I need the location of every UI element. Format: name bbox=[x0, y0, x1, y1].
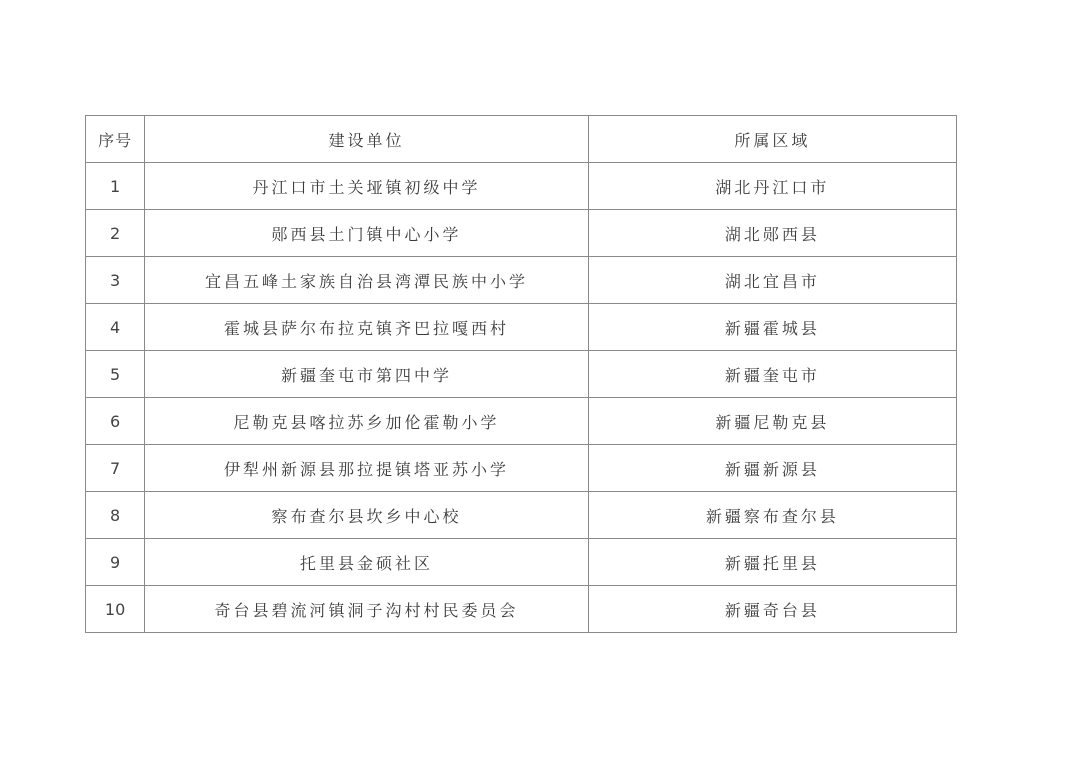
row-region: 新疆尼勒克县 bbox=[588, 398, 956, 445]
row-region: 新疆托里县 bbox=[588, 539, 956, 586]
row-region: 湖北宜昌市 bbox=[588, 257, 956, 304]
header-unit: 建设单位 bbox=[145, 116, 589, 163]
table-header-row: 序号 建设单位 所属区域 bbox=[86, 116, 957, 163]
table-row: 9 托里县金硕社区 新疆托里县 bbox=[86, 539, 957, 586]
table-row: 2 郧西县土门镇中心小学 湖北郧西县 bbox=[86, 210, 957, 257]
row-unit: 宜昌五峰土家族自治县湾潭民族中小学 bbox=[145, 257, 589, 304]
row-region: 新疆奇台县 bbox=[588, 586, 956, 633]
table-row: 4 霍城县萨尔布拉克镇齐巴拉嘎西村 新疆霍城县 bbox=[86, 304, 957, 351]
row-unit: 托里县金硕社区 bbox=[145, 539, 589, 586]
table-row: 7 伊犁州新源县那拉提镇塔亚苏小学 新疆新源县 bbox=[86, 445, 957, 492]
table-row: 10 奇台县碧流河镇洞子沟村村民委员会 新疆奇台县 bbox=[86, 586, 957, 633]
row-region: 湖北丹江口市 bbox=[588, 163, 956, 210]
row-region: 新疆霍城县 bbox=[588, 304, 956, 351]
row-index: 9 bbox=[86, 539, 145, 586]
header-index: 序号 bbox=[86, 116, 145, 163]
row-unit: 奇台县碧流河镇洞子沟村村民委员会 bbox=[145, 586, 589, 633]
row-index: 7 bbox=[86, 445, 145, 492]
table-row: 5 新疆奎屯市第四中学 新疆奎屯市 bbox=[86, 351, 957, 398]
row-index: 10 bbox=[86, 586, 145, 633]
row-unit: 察布查尔县坎乡中心校 bbox=[145, 492, 589, 539]
row-index: 6 bbox=[86, 398, 145, 445]
row-region: 新疆察布查尔县 bbox=[588, 492, 956, 539]
row-unit: 霍城县萨尔布拉克镇齐巴拉嘎西村 bbox=[145, 304, 589, 351]
row-index: 2 bbox=[86, 210, 145, 257]
table-row: 8 察布查尔县坎乡中心校 新疆察布查尔县 bbox=[86, 492, 957, 539]
row-unit: 丹江口市土关垭镇初级中学 bbox=[145, 163, 589, 210]
header-region: 所属区域 bbox=[588, 116, 956, 163]
construction-units-table: 序号 建设单位 所属区域 1 丹江口市土关垭镇初级中学 湖北丹江口市 2 郧西县… bbox=[85, 115, 957, 633]
row-unit: 伊犁州新源县那拉提镇塔亚苏小学 bbox=[145, 445, 589, 492]
row-unit: 郧西县土门镇中心小学 bbox=[145, 210, 589, 257]
row-region: 湖北郧西县 bbox=[588, 210, 956, 257]
table-row: 6 尼勒克县喀拉苏乡加伦霍勒小学 新疆尼勒克县 bbox=[86, 398, 957, 445]
row-region: 新疆奎屯市 bbox=[588, 351, 956, 398]
row-index: 4 bbox=[86, 304, 145, 351]
row-unit: 新疆奎屯市第四中学 bbox=[145, 351, 589, 398]
row-unit: 尼勒克县喀拉苏乡加伦霍勒小学 bbox=[145, 398, 589, 445]
table-row: 3 宜昌五峰土家族自治县湾潭民族中小学 湖北宜昌市 bbox=[86, 257, 957, 304]
row-index: 8 bbox=[86, 492, 145, 539]
row-index: 3 bbox=[86, 257, 145, 304]
row-index: 5 bbox=[86, 351, 145, 398]
row-region: 新疆新源县 bbox=[588, 445, 956, 492]
table-row: 1 丹江口市土关垭镇初级中学 湖北丹江口市 bbox=[86, 163, 957, 210]
row-index: 1 bbox=[86, 163, 145, 210]
